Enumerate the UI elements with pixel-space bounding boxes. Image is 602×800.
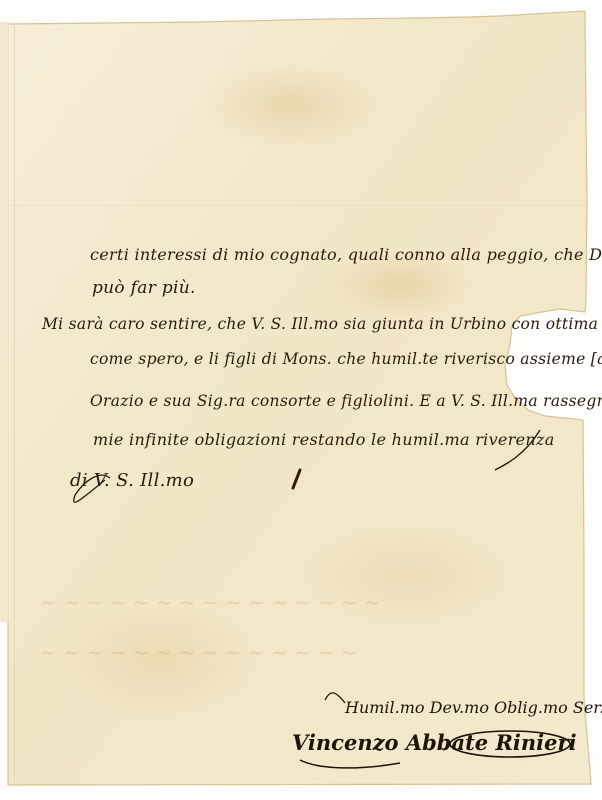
letter-page: ~ ~ ~ ~ ~ ~ ~ ~ ~ ~ ~ ~ ~ ~ ~ ~ ~ ~ ~ ~ …: [0, 0, 602, 800]
signature: Vincenzo Abbate Rinieri: [292, 730, 577, 755]
closing-formula: Humil.mo Dev.mo Oblig.mo Ser.re: [345, 698, 602, 717]
ink-flourishes: [0, 0, 602, 800]
